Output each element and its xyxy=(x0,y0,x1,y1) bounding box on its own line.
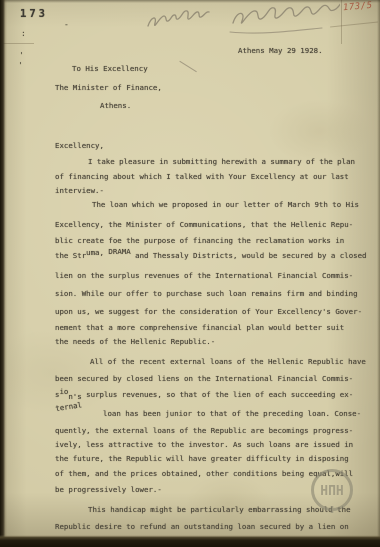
archive-stamp-number: 173 xyxy=(20,8,48,20)
typed-line: All of the recent external loans of the … xyxy=(90,357,366,366)
typed-line: Republic desire to refund an outstanding… xyxy=(55,522,349,531)
scan-edge-bottom xyxy=(0,535,380,547)
typed-line: upon us, we suggest for the consideratio… xyxy=(55,307,362,316)
typed-line: blic create foe the purpose of financing… xyxy=(55,236,344,245)
typed-line: quently, the external loans of the Repub… xyxy=(55,426,353,435)
typed-line: be progressively lower.- xyxy=(55,485,162,494)
typed-line: Excellency, the Minister of Communicatio… xyxy=(55,220,353,229)
stray-mark: - xyxy=(64,20,69,29)
typed-line: interview.- xyxy=(55,186,104,195)
typed-line: loan has been junior to that of the prec… xyxy=(103,409,361,418)
typed-line: the needs of the Hellenic Republic.- xyxy=(55,337,215,346)
scan-edge-top xyxy=(0,0,380,3)
stray-mark: ' xyxy=(19,51,24,60)
typed-line: Excellency, xyxy=(55,141,104,150)
typed-line: ternal xyxy=(56,404,83,413)
watermark-monogram: ΗΠΗ xyxy=(320,484,343,499)
typed-line: of financing about which I talked with Y… xyxy=(55,172,349,181)
typed-line: the future, the Republic will have great… xyxy=(55,454,349,463)
scanned-letter-page: { "document_type": "scanned typewritten … xyxy=(0,0,380,547)
scan-edge-left xyxy=(0,0,7,547)
typed-line: lien on the surplus revenues of the Inte… xyxy=(55,271,353,280)
typed-line: To His Excellency xyxy=(72,64,148,73)
typed-line: sion. While our offer to purchase such l… xyxy=(55,289,358,298)
typed-line: Athens. xyxy=(100,101,131,110)
typed-line: been secured by closed liens on the Inte… xyxy=(55,374,353,383)
stray-mark: : xyxy=(21,29,26,38)
typed-line: I take pleasure in submitting herewith a… xyxy=(88,157,355,166)
typed-line: nement that a more comprehensive financi… xyxy=(55,323,344,332)
archive-watermark: ΗΠΗ xyxy=(309,468,355,514)
paper-crease xyxy=(341,0,342,44)
typed-line: sion's surplus revenues, so that of the … xyxy=(55,390,353,399)
handwritten-inscription xyxy=(140,2,340,38)
typed-line: The Minister of Finance, xyxy=(55,83,162,92)
typed-line: ively, less attractive to the investor. … xyxy=(55,440,353,449)
stray-mark: ' xyxy=(18,61,23,70)
typed-line: The loan which we proposed in our letter… xyxy=(92,200,359,209)
typed-line: Athens May 29 1928. xyxy=(238,46,323,55)
typed-line: the Struma, DRAMA and Thessaly Districts… xyxy=(55,251,367,260)
